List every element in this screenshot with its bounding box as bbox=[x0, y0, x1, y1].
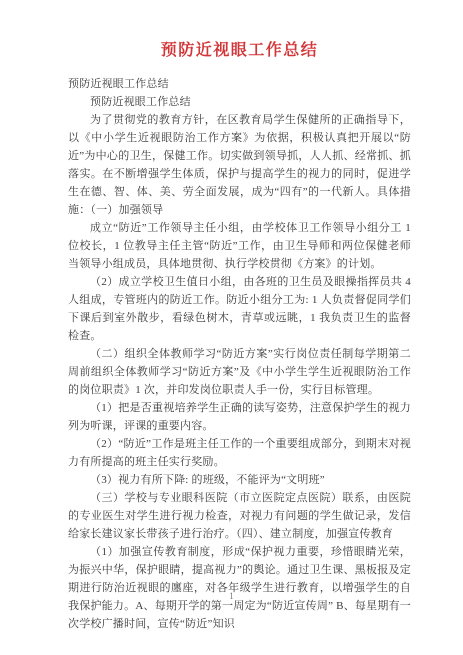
paragraph: 为了贯彻党的教育方针，在区教育局学生保健所的正确指导下，以《中小学生近视眼防治工… bbox=[68, 111, 411, 219]
document-body: 预防近视眼工作总结 预防近视眼工作总结 为了贯彻党的教育方针，在区教育局学生保健… bbox=[68, 75, 411, 633]
paragraph: 成立“防近”工作领导主任小组，由学校体卫工作领导小组分工 1 位校长，1 位教导… bbox=[68, 219, 411, 273]
page-number: 1 bbox=[0, 590, 463, 602]
paragraph: （3）视力有所下降: 的班级，不能评为“文明班” bbox=[68, 471, 411, 489]
paragraph: （二）组织全体教师学习“防近方案”实行岗位责任制每学期第二周前组织全体教师学习“… bbox=[68, 345, 411, 399]
document-title: 预防近视眼工作总结 bbox=[68, 40, 411, 62]
paragraph: 预防近视眼工作总结 bbox=[68, 93, 411, 111]
paragraph: （1）加强宣传教育制度，形成“保护视力重要，珍惜眼睛光荣，为振兴中华，保护眼睛，… bbox=[68, 543, 411, 633]
paragraph: （1）把是否重视培养学生正确的读写姿势，注意保护学生的视力列为听课，评课的重要内… bbox=[68, 399, 411, 435]
paragraph: （2）“防近”工作是班主任工作的一个重要组成部分，到期末对视力有所提高的班主任实… bbox=[68, 435, 411, 471]
paragraph: （2）成立学校卫生值日小组，由各班的卫生员及眼操指挥员共 4 人组成，专管班内的… bbox=[68, 273, 411, 345]
paragraph: 预防近视眼工作总结 bbox=[68, 75, 411, 93]
document-page: 预防近视眼工作总结 预防近视眼工作总结 预防近视眼工作总结 为了贯彻党的教育方针… bbox=[0, 0, 463, 655]
paragraph: （三）学校与专业眼科医院（市立医院定点医院）联系，由医院的专业医生对学生进行视力… bbox=[68, 489, 411, 543]
